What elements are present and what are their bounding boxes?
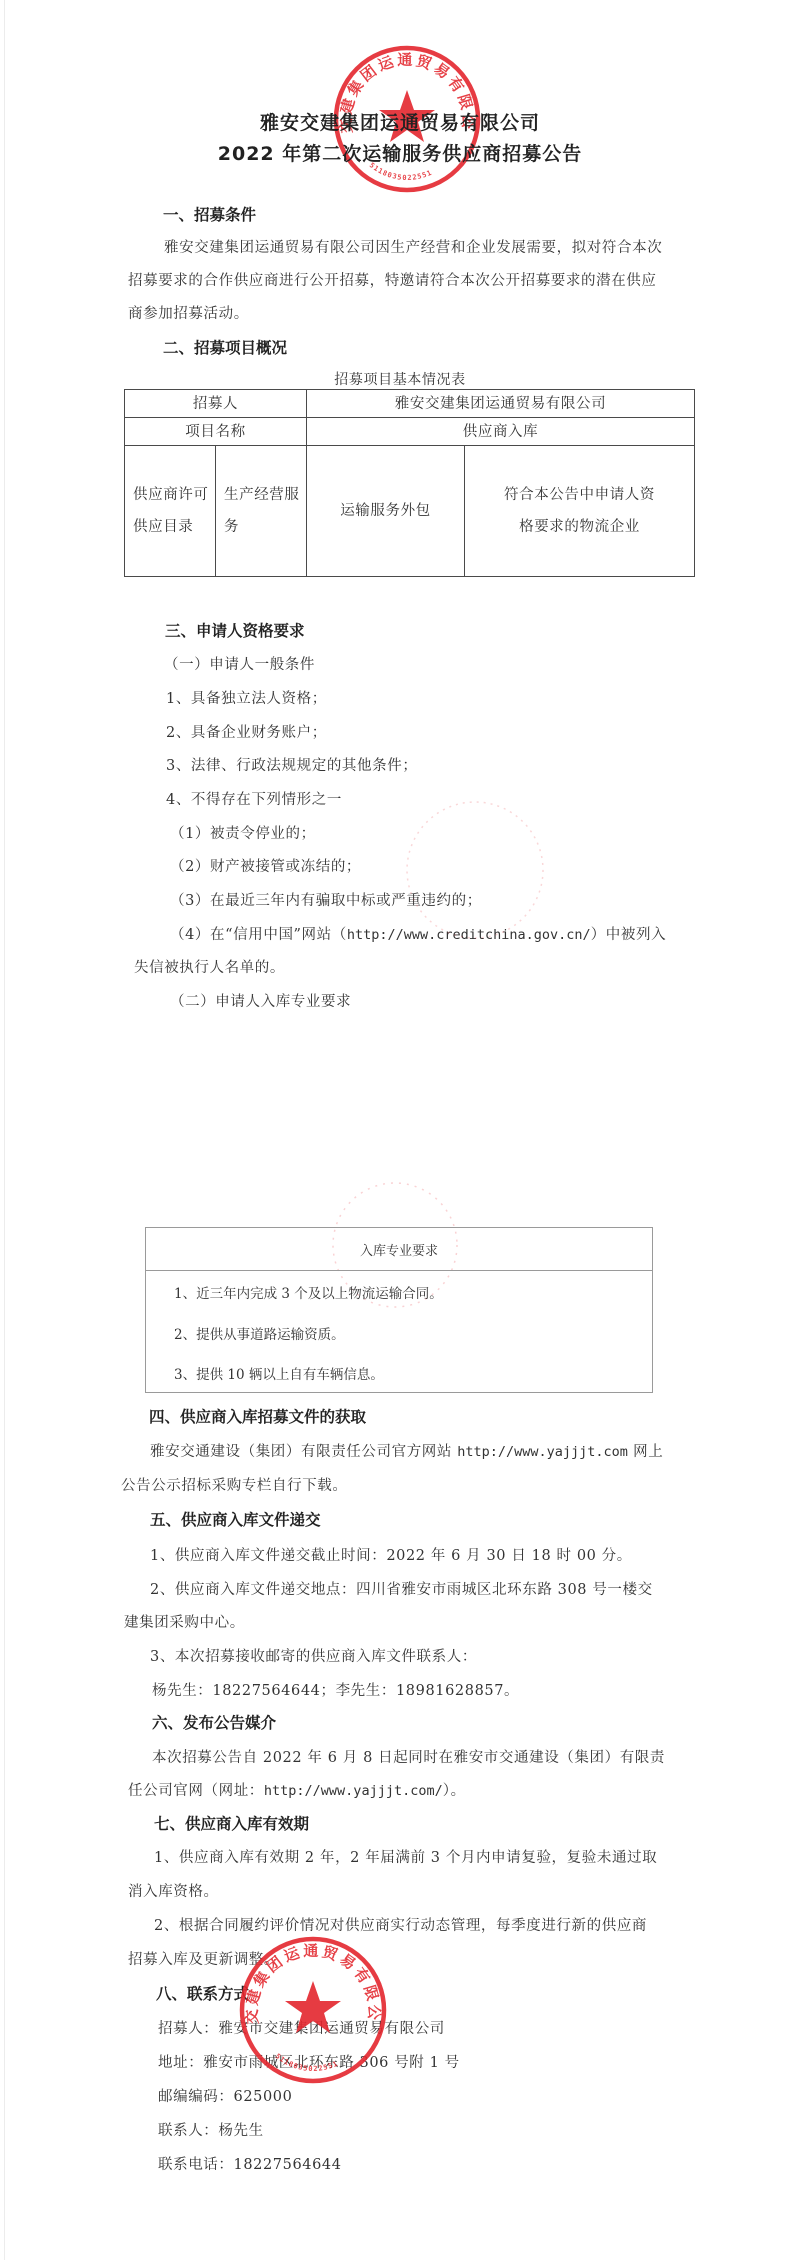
section-4-line2: 公告公示招标采购专栏自行下载。: [121, 1474, 348, 1495]
section-heading-4: 四、供应商入库招募文件的获取: [149, 1405, 366, 1427]
project-overview-table: 招募人 雅安交建集团运通贸易有限公司 项目名称 供应商入库 供应商许可 供应目录…: [124, 389, 695, 577]
requirements-table-header: 入库专业要求: [146, 1228, 652, 1271]
catalog-line1: 供应商许可: [133, 479, 209, 511]
requirement-line1: 符合本公告中申请人资: [504, 479, 655, 511]
document-title-line2: 2022 年第二次运输服务供应商招募公告: [0, 139, 800, 166]
section-heading-8: 八、联系方式: [156, 1982, 249, 2004]
section-heading-6: 六、发布公告媒介: [152, 1711, 276, 1733]
table-cell-requirement: 符合本公告中申请人资 格要求的物流企业: [465, 446, 694, 576]
exclusion-item-4: （4）在“信用中国”网站（http://www.creditchina.gov.…: [170, 923, 666, 944]
category-line1: 生产经营服: [224, 479, 300, 511]
section-heading-2: 二、招募项目概况: [163, 336, 287, 358]
section-heading-5: 五、供应商入库文件递交: [150, 1508, 321, 1530]
requirement-row-1: 1、近三年内完成 3 个及以上物流运输合同。: [174, 1282, 443, 1302]
general-conditions-subheading: （一）申请人一般条件: [164, 653, 315, 674]
section-heading-1: 一、招募条件: [163, 203, 256, 225]
contact-phone: 联系电话：18227564644: [158, 2153, 342, 2174]
table-cell-project-name-value: 供应商入库: [307, 418, 694, 445]
contact-recruiter: 招募人：雅安市交建集团运通贸易有限公司: [158, 2017, 445, 2038]
condition-item-1: 1、具备独立法人资格；: [166, 687, 327, 708]
document-title-line1: 雅安交建集团运通贸易有限公司: [0, 108, 800, 135]
exclusion-item-4-pre: （4）在“信用中国”网站（: [170, 927, 347, 943]
page-edge: [4, 0, 5, 2260]
exclusion-item-2: （2）财产被接管或冻结的；: [170, 855, 361, 876]
professional-requirements-table: 入库专业要求 1、近三年内完成 3 个及以上物流运输合同。 2、提供从事道路运输…: [145, 1227, 653, 1393]
section-4-line1: 雅安交通建设（集团）有限责任公司官方网站 http://www.yajjjt.c…: [150, 1440, 663, 1461]
section-heading-7: 七、供应商入库有效期: [154, 1812, 309, 1834]
professional-requirements-subheading: （二）申请人入库专业要求: [170, 990, 351, 1011]
validity-item-2-line1: 2、根据合同履约评价情况对供应商实行动态管理，每季度进行新的供应商: [154, 1914, 647, 1935]
table-cell-project-name-label: 项目名称: [125, 418, 306, 445]
exclusion-item-3: （3）在最近三年内有骗取中标或严重违约的；: [170, 889, 482, 910]
exclusion-item-1: （1）被责令停业的；: [170, 822, 316, 843]
condition-item-2: 2、具备企业财务账户；: [166, 721, 327, 742]
submission-location-line1: 2、供应商入库文件递交地点：四川省雅安市雨城区北环东路 308 号一楼交: [150, 1578, 653, 1599]
validity-item-1-line1: 1、供应商入库有效期 2 年，2 年届满前 3 个月内申请复验，复验未通过取: [154, 1846, 657, 1867]
section-1-paragraph-line3: 商参加招募活动。: [128, 302, 249, 323]
condition-item-3: 3、法律、行政法规规定的其他条件；: [166, 754, 417, 775]
section-heading-3: 三、申请人资格要求: [165, 619, 305, 641]
section-6-line2: 任公司官网（网址：http://www.yajjjt.com/）。: [128, 1779, 466, 1800]
contact-person: 联系人：杨先生: [158, 2119, 264, 2140]
submission-location-line2: 建集团采购中心。: [124, 1611, 245, 1632]
mail-contact-label: 3、本次招募接收邮寄的供应商入库文件联系人：: [150, 1645, 477, 1666]
section-1-paragraph-line1: 雅安交建集团运通贸易有限公司因生产经营和企业发展需要，拟对符合本次: [164, 236, 662, 257]
section-4-line1-pre: 雅安交通建设（集团）有限责任公司官方网站: [150, 1444, 457, 1460]
table-cell-service: 运输服务外包: [307, 446, 464, 576]
catalog-line2: 供应目录: [133, 511, 193, 543]
exclusion-item-4-line2: 失信被执行人名单的。: [134, 956, 285, 977]
table-caption: 招募项目基本情况表: [0, 369, 800, 389]
contact-address: 地址：雅安市雨城区北环东路 306 号附 1 号: [158, 2051, 460, 2072]
section-1-paragraph-line2: 招募要求的合作供应商进行公开招募，特邀请符合本次公开招募要求的潜在供应: [128, 269, 657, 290]
table-cell-catalog: 供应商许可 供应目录: [125, 446, 215, 576]
requirement-line2: 格要求的物流企业: [519, 511, 640, 543]
submission-deadline: 1、供应商入库文件递交截止时间：2022 年 6 月 30 日 18 时 00 …: [150, 1544, 632, 1565]
table-cell-category: 生产经营服 务: [216, 446, 306, 576]
exclusion-item-4-post: ）中被列入: [591, 927, 667, 943]
section-6-line2-post: ）。: [443, 1783, 466, 1799]
condition-item-4: 4、不得存在下列情形之一: [166, 788, 342, 809]
yajjjt-link[interactable]: http://www.yajjjt.com: [457, 1444, 628, 1460]
section-6-line2-pre: 任公司官网（网址：: [128, 1783, 264, 1799]
validity-item-2-line2: 招募入库及更新调整。: [128, 1948, 279, 1969]
mail-contacts: 杨先生：18227564644；李先生：18981628857。: [152, 1679, 519, 1700]
yajjjt-official-link[interactable]: http://www.yajjjt.com/: [264, 1783, 443, 1799]
table-cell-recruiter-label: 招募人: [125, 390, 306, 417]
section-6-line1: 本次招募公告自 2022 年 6 月 8 日起同时在雅安市交通建设（集团）有限责: [152, 1746, 665, 1767]
requirement-row-2: 2、提供从事道路运输资质。: [174, 1323, 345, 1343]
section-4-line1-post: 网上: [628, 1444, 663, 1460]
table-cell-recruiter-value: 雅安交建集团运通贸易有限公司: [307, 390, 694, 417]
category-line2: 务: [224, 511, 239, 543]
validity-item-1-line2: 消入库资格。: [128, 1880, 219, 1901]
creditchina-link[interactable]: http://www.creditchina.gov.cn/: [347, 927, 591, 943]
contact-postcode: 邮编编码：625000: [158, 2085, 292, 2106]
requirement-row-3: 3、提供 10 辆以上自有车辆信息。: [174, 1363, 384, 1383]
